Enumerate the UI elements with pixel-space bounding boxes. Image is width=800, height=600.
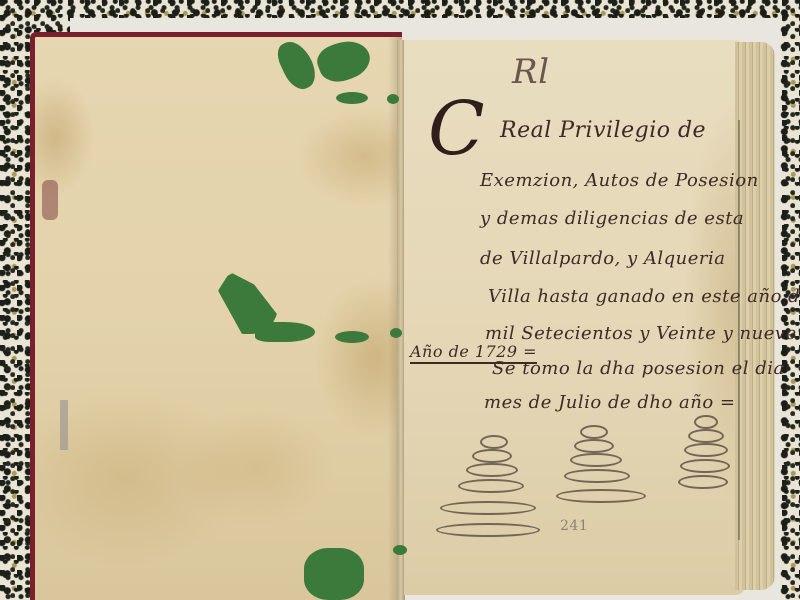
manuscript-line: de Villalpardo, y Alqueria [480,248,726,269]
margin-year-note: Año de 1729 = [410,342,537,364]
manuscript-line: mil Setecientos y Veinte y nueve [485,323,797,344]
green-ribbon-tie [304,548,364,600]
green-ribbon-tie [255,322,315,342]
green-ribbon-stitch [393,545,407,555]
tape-mark [60,400,68,450]
inside-cover-page [30,32,402,600]
manuscript-line: mes de Julio de dho año = [484,392,736,413]
manuscript-line: y demas diligencias de esta [480,208,744,229]
decorative-initial: C [428,92,485,166]
manuscript-line: Real Privilegio de [500,118,706,143]
page-edges [735,42,775,590]
stain-mark [42,180,58,220]
green-ribbon-stitch [335,331,369,343]
green-ribbon-stitch [336,92,368,104]
manuscript-line: Exemzion, Autos de Posesion [480,170,759,191]
green-ribbon-stitch [387,94,399,104]
green-ribbon-stitch [390,328,402,338]
folio-mark: Rl [512,52,549,92]
manuscript-line: Villa hasta ganado en este año de [488,286,800,307]
page-number: 241 [560,518,588,534]
